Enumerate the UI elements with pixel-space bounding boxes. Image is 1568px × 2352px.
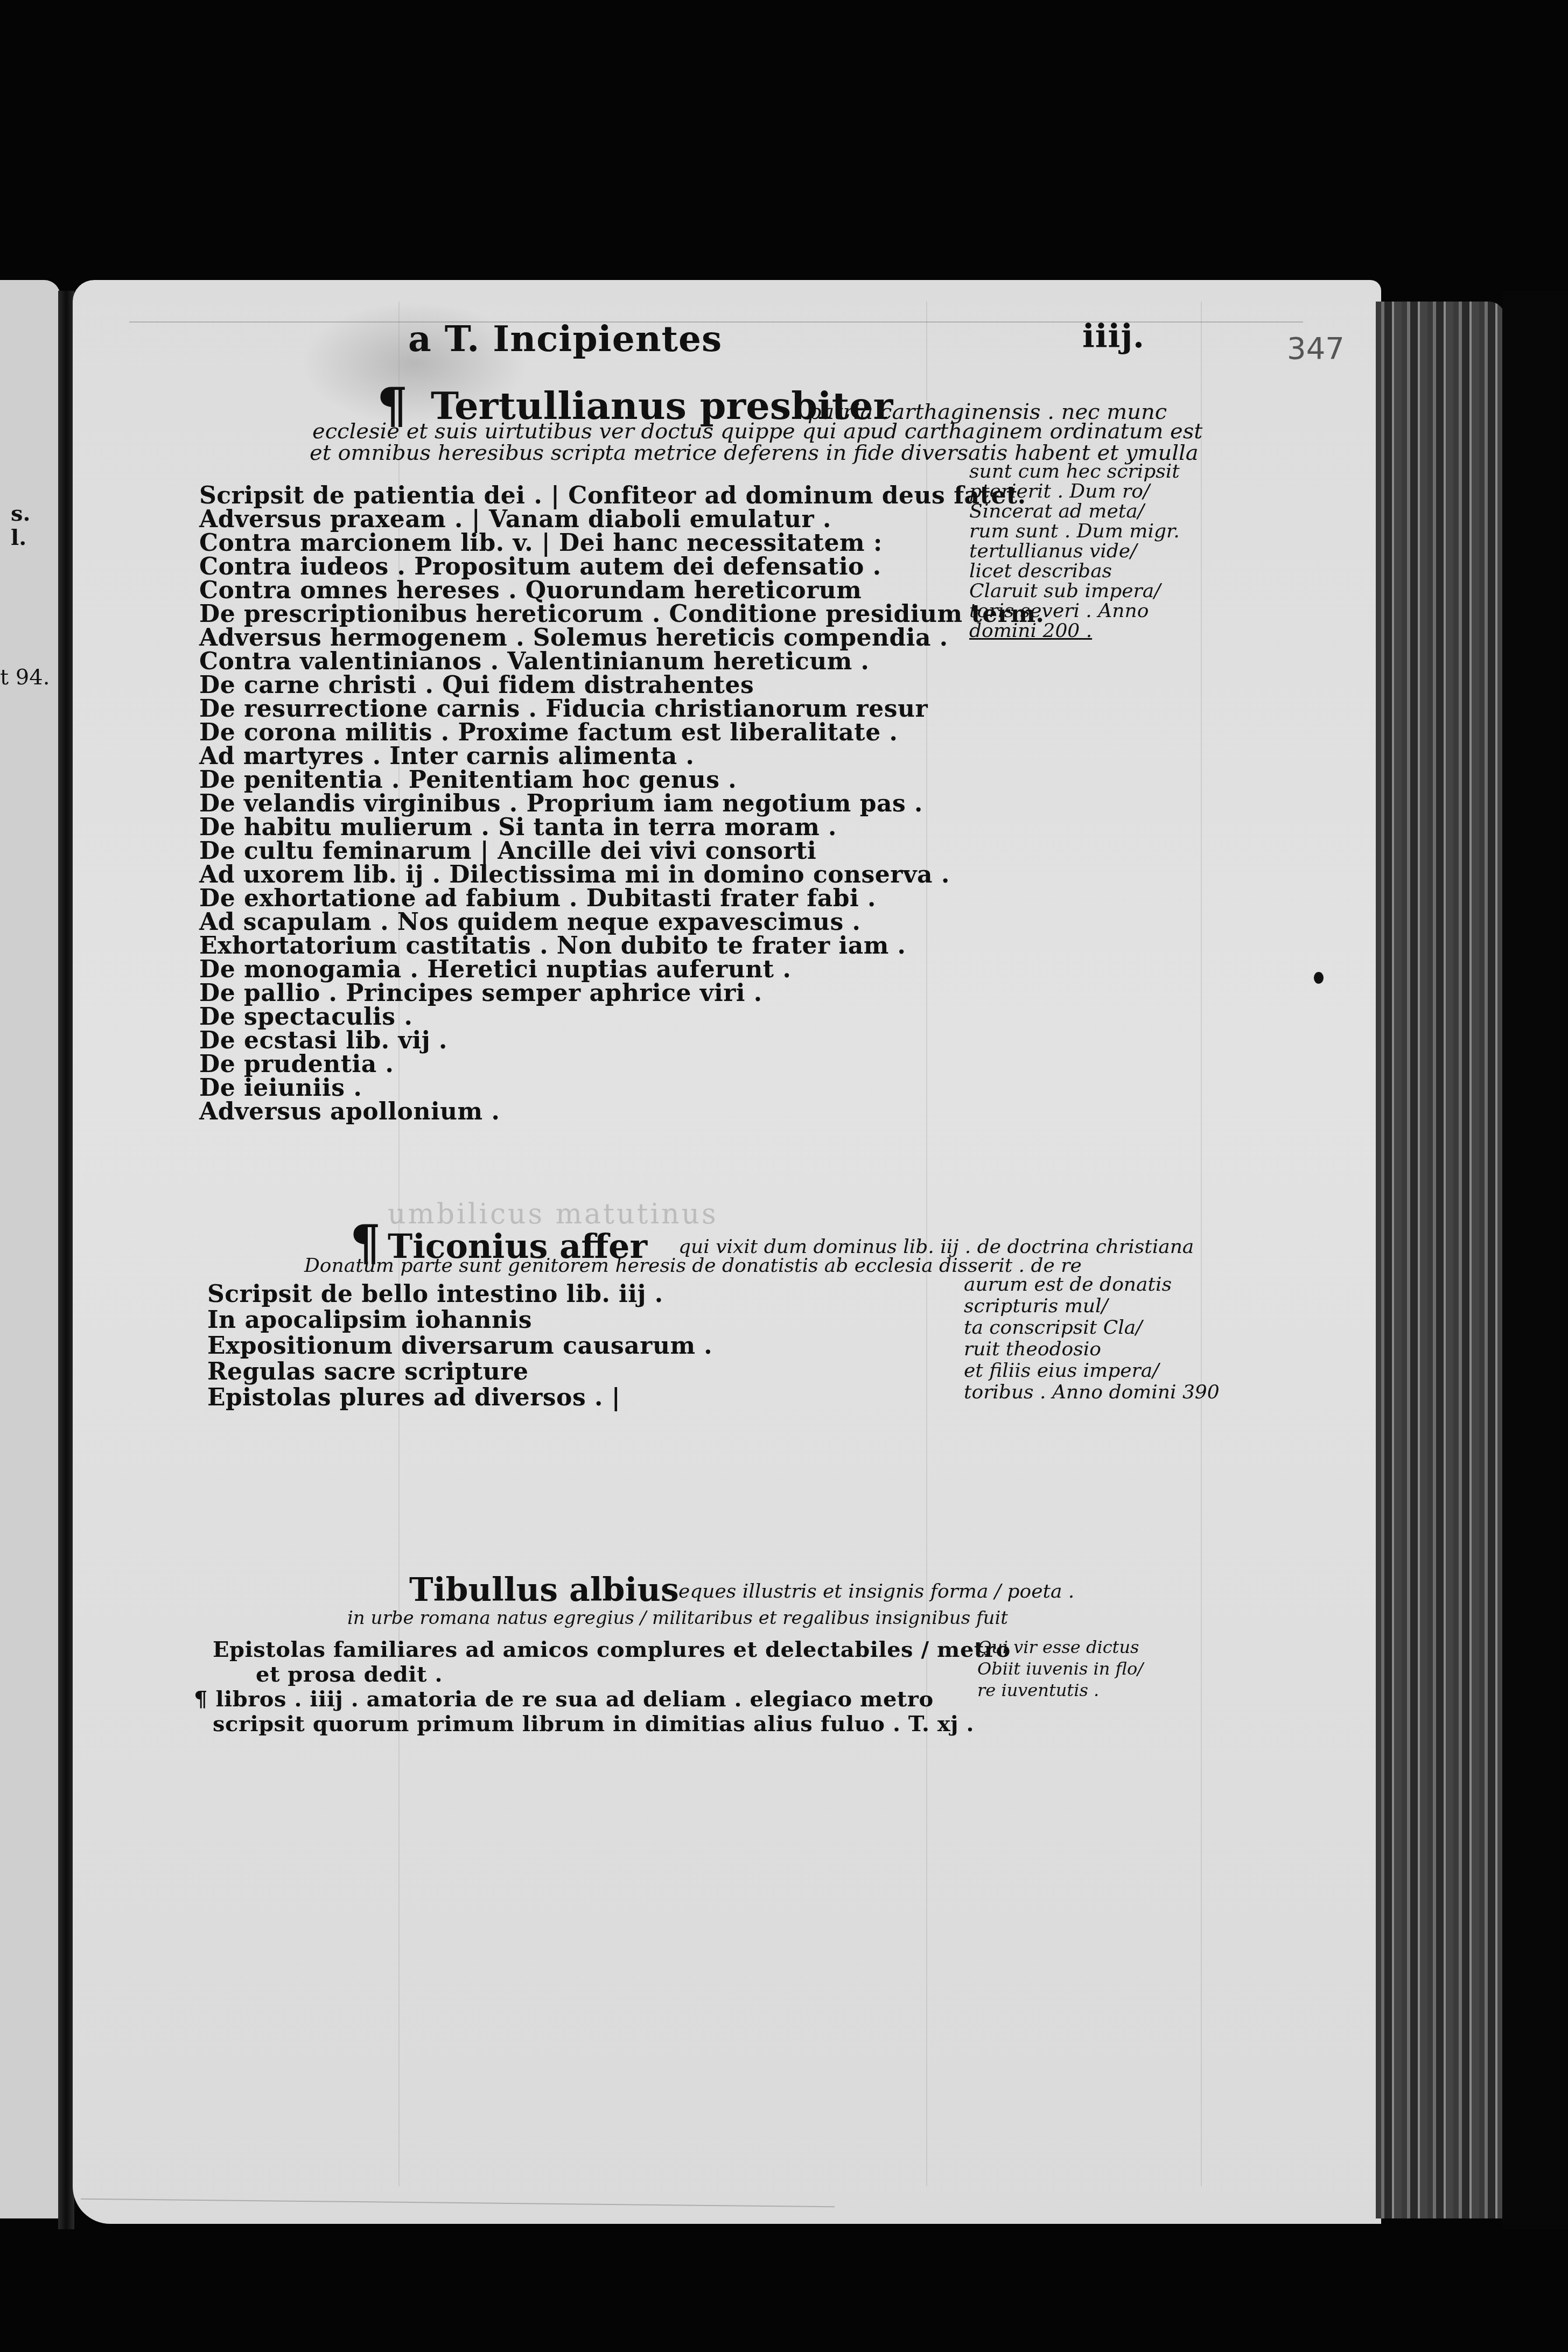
work-item: Ad uxorem lib. ij . Dilectissima mi in d…: [199, 861, 1044, 885]
work-item: De cultu feminarum | Ancille dei vivi co…: [199, 837, 1044, 861]
works-list: Scripsit de patientia dei . | Confiteor …: [199, 482, 1044, 1122]
work-item: De prudentia .: [199, 1051, 1044, 1074]
dark-background: [1502, 291, 1568, 2229]
facing-page-text: s.: [11, 501, 30, 526]
margin-line: rum sunt . Dum migr.: [969, 520, 1180, 540]
work-item: Contra iudeos . Propositum autem dei def…: [199, 553, 1044, 577]
vertical-ruling: [1201, 302, 1202, 2186]
margin-line: re iuventutis .: [977, 1680, 1143, 1702]
running-title: a T. Incipientes: [408, 318, 722, 360]
facing-page-text: l.: [11, 525, 26, 550]
work-item: De ieiuniis .: [199, 1074, 1044, 1098]
show-through-text: umbilicus matutinus: [388, 1198, 718, 1230]
work-item: Scripsit de bello intestino lib. iij .: [207, 1280, 712, 1306]
intro-line: eques illustris et insignis forma / poet…: [678, 1580, 1074, 1602]
margin-line: ruit theodosio: [964, 1338, 1220, 1360]
work-item: Exhortatorium castitatis . Non dubito te…: [199, 932, 1044, 956]
margin-line: ta conscripsit Cla/: [964, 1317, 1220, 1338]
margin-line: Qui vir esse dictus: [977, 1637, 1143, 1658]
work-item: De pallio . Principes semper aphrice vir…: [199, 979, 1044, 1003]
margin-note: aurum est de donatis scripturis mul/ ta …: [964, 1273, 1220, 1403]
margin-line: scripturis mul/: [964, 1295, 1220, 1317]
work-item: De penitentia . Penitentiam hoc genus .: [199, 766, 1044, 790]
margin-line: pterierit . Dum ro/: [969, 480, 1180, 500]
work-item: De prescriptionibus hereticorum . Condit…: [199, 600, 1044, 624]
work-item: Contra marcionem lib. v. | Dei hanc nece…: [199, 529, 1044, 553]
intro-line: in urbe romana natus egregius / militari…: [347, 1607, 1008, 1629]
margin-line: domini 200 .: [969, 620, 1180, 640]
work-item: ¶ libros . iiij . amatoria de re sua ad …: [194, 1686, 1011, 1711]
work-item: De ecstasi lib. vij .: [199, 1027, 1044, 1051]
margin-line: licet describas: [969, 560, 1180, 580]
margin-line: toribus . Anno domini 390: [964, 1381, 1220, 1403]
work-item: Adversus apollonium .: [199, 1098, 1044, 1122]
work-item: De monogamia . Heretici nuptias auferunt…: [199, 956, 1044, 979]
works-list: Scripsit de bello intestino lib. iij . I…: [207, 1280, 712, 1410]
work-item: De resurrectione carnis . Fiducia christ…: [199, 695, 1044, 719]
book-gutter: [58, 291, 74, 2229]
work-item: Epistolas plures ad diversos . |: [207, 1384, 712, 1410]
facing-page-text: t 94.: [0, 665, 50, 690]
work-item: Scripsit de patientia dei . | Confiteor …: [199, 482, 1044, 506]
margin-line: sunt cum hec scripsit: [969, 460, 1180, 480]
work-item: Expositionum diversarum causarum .: [207, 1332, 712, 1358]
margin-note: sunt cum hec scripsit pterierit . Dum ro…: [969, 460, 1180, 640]
margin-line: Obiit iuvenis in flo/: [977, 1658, 1143, 1680]
work-item: Regulas sacre scripture: [207, 1358, 712, 1384]
author-name: Tibullus albius: [409, 1571, 679, 1609]
work-item: Ad scapulam . Nos quidem neque expavesci…: [199, 908, 1044, 932]
margin-note: Qui vir esse dictus Obiit iuvenis in flo…: [977, 1637, 1143, 1702]
margin-line: toris severi . Anno: [969, 600, 1180, 620]
work-item: De velandis virginibus . Proprium iam ne…: [199, 790, 1044, 814]
work-item: et prosa dedit .: [213, 1662, 1011, 1686]
work-item: Adversus hermogenem . Solemus hereticis …: [199, 624, 1044, 648]
facing-page-fragment: [0, 280, 60, 2218]
folio-number: iiij.: [1082, 318, 1145, 355]
work-item: Contra omnes hereses . Quorundam heretic…: [199, 577, 1044, 600]
pencil-foliation: 347: [1287, 331, 1345, 366]
work-item: De carne christi . Qui fidem distrahente…: [199, 671, 1044, 695]
works-list: Epistolas familiares ad amicos complures…: [213, 1637, 1011, 1736]
work-item: Epistolas familiares ad amicos complures…: [213, 1637, 1011, 1662]
margin-line: tertullianus vide/: [969, 540, 1180, 560]
margin-line: et filiis eius impera/: [964, 1360, 1220, 1381]
page-fore-edge: [1376, 302, 1505, 2218]
margin-line: aurum est de donatis: [964, 1273, 1220, 1295]
ink-speck: [1314, 972, 1324, 984]
margin-line: Claruit sub impera/: [969, 580, 1180, 600]
margin-line: Sincerat ad meta/: [969, 500, 1180, 520]
work-item: Ad martyres . Inter carnis alimenta .: [199, 743, 1044, 766]
work-item: In apocalipsim iohannis: [207, 1306, 712, 1332]
work-item: scripsit quorum primum librum in dimitia…: [213, 1711, 1011, 1736]
